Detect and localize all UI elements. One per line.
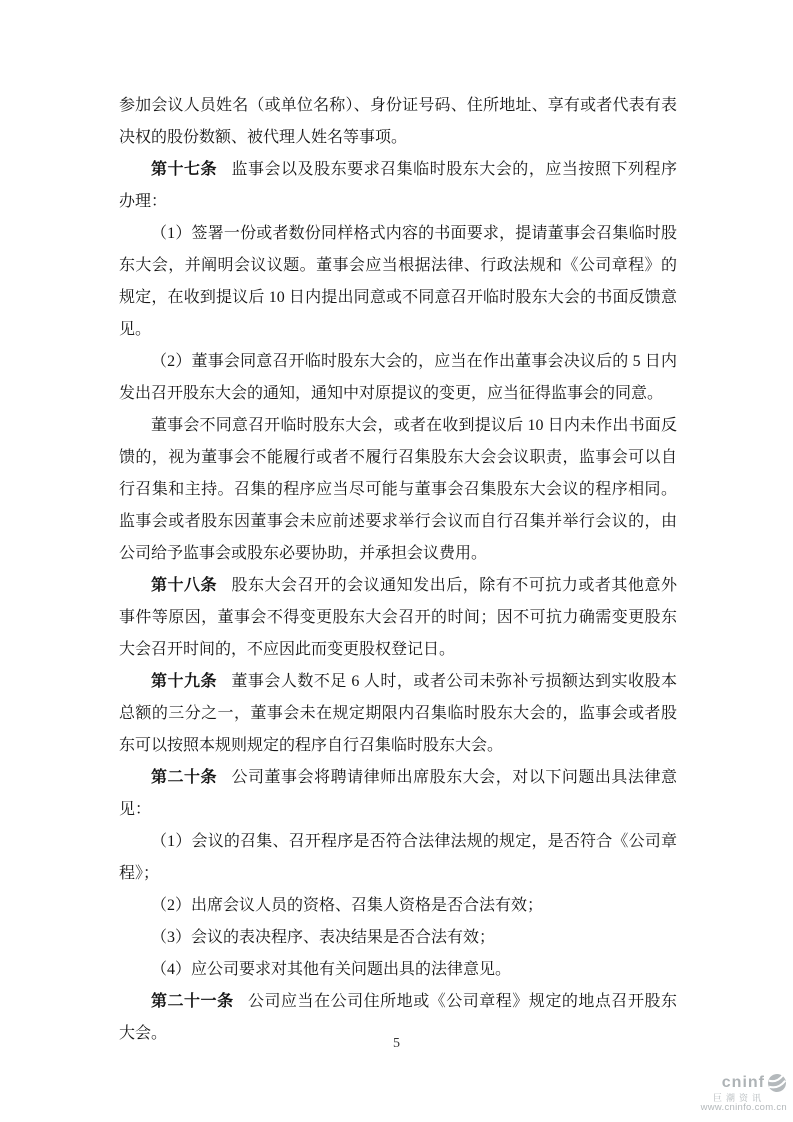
article-number: 第十七条	[151, 161, 217, 178]
document-page: 参加会议人员姓名（或单位名称）、身份证号码、住所地址、享有或者代表有表决权的股份…	[0, 0, 793, 1122]
paragraph: （2）董事会同意召开临时股东大会的，应当在作出董事会决议后的 5 日内发出召开股…	[119, 346, 677, 410]
paragraph: 董事会不同意召开临时股东大会，或者在收到提议后 10 日内未作出书面反馈的，视为…	[119, 410, 677, 570]
paragraph-text: （2）董事会同意召开临时股东大会的，应当在作出董事会决议后的 5 日内发出召开股…	[119, 353, 677, 402]
paragraph-text: （4）应公司要求对其他有关问题出具的法律意见。	[151, 961, 511, 978]
paragraph: 第十八条股东大会召开的会议通知发出后，除有不可抗力或者其他意外事件等原因，董事会…	[119, 570, 677, 666]
paragraph-text: （3）会议的表决程序、表决结果是否合法有效；	[151, 929, 495, 946]
cninfo-logo-top-row: cninf	[701, 1073, 787, 1093]
paragraph: （3）会议的表决程序、表决结果是否合法有效；	[119, 922, 677, 954]
paragraph-text: 参加会议人员姓名（或单位名称）、身份证号码、住所地址、享有或者代表有表决权的股份…	[119, 97, 677, 146]
paragraph-text: （1）会议的召集、召开程序是否符合法律法规的规定，是否符合《公司章程》；	[119, 833, 677, 882]
paragraph: （1）会议的召集、召开程序是否符合法律法规的规定，是否符合《公司章程》；	[119, 826, 677, 890]
paragraph: （4）应公司要求对其他有关问题出具的法律意见。	[119, 954, 677, 986]
paragraph: 第十七条监事会以及股东要求召集临时股东大会的，应当按照下列程序办理：	[119, 154, 677, 218]
paragraph: 第十九条董事会人数不足 6 人时，或者公司未弥补亏损额达到实收股本总额的三分之一…	[119, 666, 677, 762]
paragraph: （1）签署一份或者数份同样格式内容的书面要求，提请董事会召集临时股东大会，并阐明…	[119, 218, 677, 346]
paragraph: 参加会议人员姓名（或单位名称）、身份证号码、住所地址、享有或者代表有表决权的股份…	[119, 90, 677, 154]
cninfo-logo: cninf 巨潮资讯 www.cninfo.com.cn	[701, 1073, 787, 1114]
cninfo-swirl-icon	[765, 1071, 789, 1095]
article-number: 第二十条	[151, 769, 217, 786]
paragraph: （2）出席会议人员的资格、召集人资格是否合法有效；	[119, 890, 677, 922]
article-number: 第二十一条	[151, 993, 234, 1010]
article-number: 第十八条	[151, 577, 217, 594]
paragraph-text: 董事会不同意召开临时股东大会，或者在收到提议后 10 日内未作出书面反馈的，视为…	[119, 417, 677, 562]
document-body: 参加会议人员姓名（或单位名称）、身份证号码、住所地址、享有或者代表有表决权的股份…	[119, 90, 677, 1050]
page-number: 5	[0, 1036, 793, 1052]
paragraph: 第二十条公司董事会将聘请律师出席股东大会，对以下问题出具法律意见：	[119, 762, 677, 826]
cninfo-brand-text: cninf	[722, 1074, 765, 1092]
cninfo-url: www.cninfo.com.cn	[701, 1103, 787, 1114]
paragraph-text: （1）签署一份或者数份同样格式内容的书面要求，提请董事会召集临时股东大会，并阐明…	[119, 225, 677, 338]
paragraph-text: （2）出席会议人员的资格、召集人资格是否合法有效；	[151, 897, 543, 914]
article-number: 第十九条	[151, 673, 217, 690]
